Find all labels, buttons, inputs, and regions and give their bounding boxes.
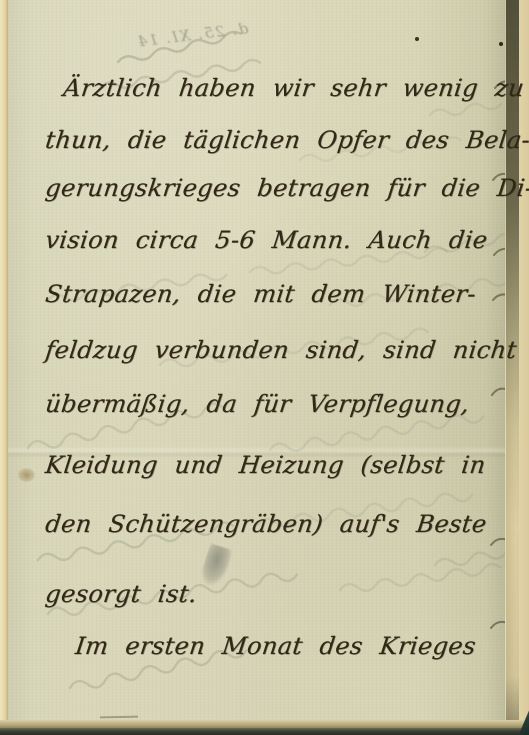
scanned-letter-photo: d. 25. XI. 14 Ärztlich haben wir sehr we… [0, 0, 529, 735]
handwritten-text-block: Ärztlich haben wir sehr wenig zuthun, di… [8, 0, 505, 722]
page-fold-shadow [505, 0, 519, 735]
paper-stain [18, 468, 35, 482]
letter-line-1: Ärztlich haben wir sehr wenig zu [62, 76, 526, 100]
page-bottom-edge [0, 720, 529, 728]
letter-line-4: vision circa 5-6 Mann. Auch die [44, 228, 489, 252]
letter-line-2: thun, die täglichen Opfer des Bela- [44, 128, 529, 152]
desk-surface [0, 728, 529, 735]
letter-line-7: übermäßig, da für Verpflegung, [44, 392, 471, 416]
letter-line-10: gesorgt ist. [44, 582, 198, 606]
letter-line-9: den Schützengräben) auf's Beste [44, 512, 488, 536]
letter-line-8: Kleidung und Heizung (selbst in [44, 453, 487, 477]
letter-line-5: Strapazen, die mit dem Winter- [44, 282, 477, 306]
ink-dot [499, 42, 503, 46]
ink-dot [415, 37, 419, 41]
letter-line-6: feldzug verbunden sind, sind nicht [44, 338, 518, 362]
letter-line-11: Im ersten Monat des Krieges [74, 634, 477, 658]
letter-page: d. 25. XI. 14 Ärztlich haben wir sehr we… [8, 0, 505, 722]
letter-line-3: gerungskrieges betragen für die Di- [44, 176, 529, 200]
